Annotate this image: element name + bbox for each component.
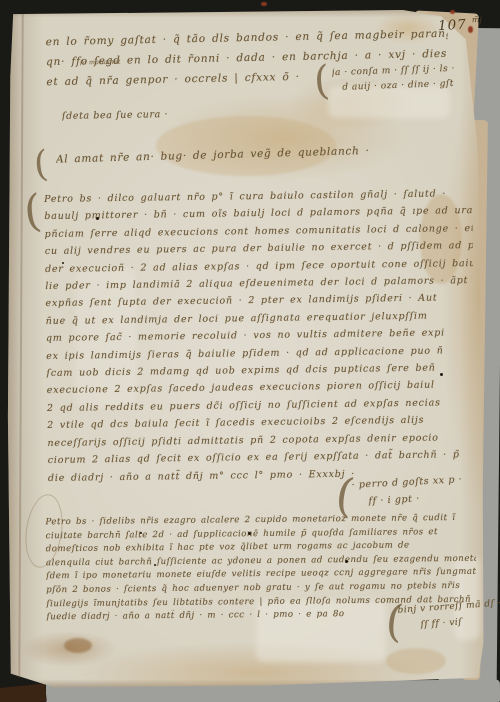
repair-patch xyxy=(454,556,480,640)
stain xyxy=(386,648,446,674)
stain xyxy=(64,638,92,653)
red-edge-mark xyxy=(261,2,267,6)
manuscript-photo: 107 m̃j en lo r̃omy gaſtat · q̃ tão dls … xyxy=(0,0,500,702)
repair-patch xyxy=(328,86,450,118)
stain xyxy=(420,194,462,284)
book-cover-edge xyxy=(0,683,47,702)
repair-patch xyxy=(76,268,136,408)
repair-patch xyxy=(256,600,386,662)
manuscript-page xyxy=(6,8,484,690)
stain xyxy=(156,116,336,176)
